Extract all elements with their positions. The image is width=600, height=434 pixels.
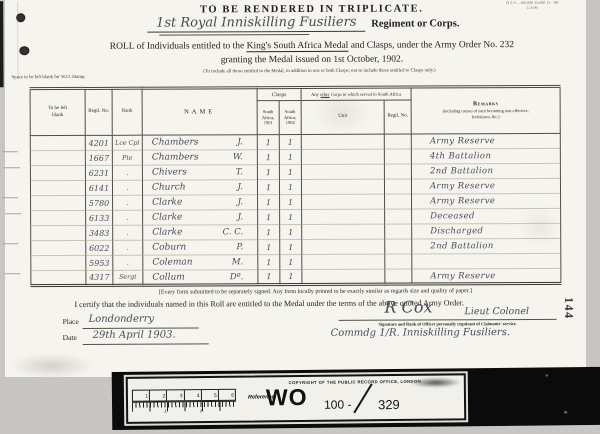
place-label: Place (63, 317, 79, 326)
cell-clasp-1901: 1 (257, 180, 279, 195)
cell-clasp-1901: 1 (258, 225, 280, 240)
roll-heading: ROLL of Individuals entitled to the King… (59, 40, 564, 52)
cell-name: ClarkeJ. (143, 195, 258, 211)
cell-name: ColemanM. (143, 255, 258, 271)
cell-clasp-1902: 1 (279, 134, 301, 149)
col-header-other-corps: Any other Corps in which served in South… (301, 87, 411, 100)
cell-clasp-1902: 1 (279, 149, 301, 164)
reference-series-number: 100 - (324, 397, 352, 411)
cell-regtl-no: 5780 (86, 195, 113, 210)
cell-unit (302, 209, 385, 224)
cell-name: ClarkeC. C. (143, 225, 258, 241)
table-row: 4317SergtCollumDº.11Army Reserve (31, 268, 561, 285)
cell-remarks: Army Reserve (411, 133, 560, 149)
cell-remarks: Army Reserve (412, 193, 561, 209)
cell-unit-no (385, 194, 412, 209)
form-title: TO BE RENDERED IN TRIPLICATE. (119, 3, 504, 16)
speck (546, 374, 548, 376)
cell-remarks: 2nd Battalion (411, 163, 560, 179)
cell-blank (31, 225, 86, 240)
cell-unit (301, 164, 384, 179)
cell-unit-no (384, 164, 411, 179)
cell-remarks: Deceased (412, 208, 561, 224)
col-header-clasps: Clasps (257, 87, 301, 100)
cell-clasp-1902: 1 (280, 194, 302, 209)
cell-rank: . (113, 195, 143, 210)
speck (564, 411, 567, 413)
cell-blank (30, 180, 85, 195)
reference-series-code: WO (266, 384, 308, 411)
col-header-regtl-no: Regtl. No. (85, 88, 112, 135)
regiment-underline (159, 34, 309, 36)
margin-mark (2, 151, 18, 152)
cell-regtl-no: 1667 (85, 150, 112, 165)
smudge (410, 377, 462, 388)
cell-regtl-no: 6133 (86, 210, 113, 225)
cell-remarks: Discharged (412, 223, 561, 239)
cell-rank: . (113, 210, 143, 225)
cell-unit (302, 239, 385, 254)
ruler-scale: 123456 (132, 389, 236, 402)
margin-mark (4, 167, 20, 168)
place-value: Londonderry (89, 314, 155, 325)
reference-piece-number: 329 (378, 397, 400, 412)
date-value: 29th April 1903. (93, 330, 176, 341)
cell-remarks (412, 253, 561, 269)
cell-clasp-1901: 1 (257, 150, 279, 165)
cell-unit (302, 254, 385, 269)
cell-clasp-1901: 1 (257, 165, 279, 180)
cell-unit (302, 194, 385, 209)
ruler-ticks: 12 (132, 401, 236, 414)
margin-mark (5, 213, 21, 214)
date-underline (83, 343, 209, 345)
punch-hole (16, 13, 25, 22)
col-header-regtl-no2: Regtl. No. (384, 100, 411, 134)
cell-regtl-no: 4317 (86, 270, 113, 285)
roll-text-post: and Clasps, under the Army Order No. 232 (348, 40, 514, 51)
cell-clasp-1902: 1 (280, 239, 302, 254)
cell-blank (31, 270, 86, 285)
col-header-sa1901: South Africa, 1901 (257, 101, 279, 135)
cell-clasp-1902: 1 (280, 269, 302, 284)
cell-unit-no (385, 209, 412, 224)
cell-unit-no (385, 269, 412, 284)
cell-rank: . (112, 165, 142, 180)
col-header-remarks: Remarks(including causes of men becoming… (411, 86, 560, 134)
cell-remarks: Army Reserve (412, 268, 561, 284)
cell-regtl-no: 3483 (86, 225, 113, 240)
col-header-blank: To be left blank (30, 88, 85, 135)
cell-name: ClarkeJ. (143, 210, 258, 226)
cell-rank: . (113, 255, 143, 270)
cell-regtl-no: 6231 (85, 165, 112, 180)
folio-number: 144 (561, 288, 576, 328)
cell-unit-no (384, 134, 411, 149)
cell-name: ChambersW. (142, 150, 257, 166)
col-header-rank: Rank (112, 88, 142, 135)
signature-rank: Lieut Colonel (465, 306, 530, 317)
cell-rank: . (113, 240, 143, 255)
cell-unit (302, 224, 385, 239)
cell-clasp-1901: 1 (258, 210, 280, 225)
cell-unit (301, 179, 384, 194)
reference-box: 123456 12 COPYRIGHT OF THE PUBLIC RECORD… (126, 373, 466, 424)
cell-name: CollumDº. (143, 270, 258, 286)
cell-rank: Lce Cpl (112, 135, 142, 150)
cell-unit (302, 269, 385, 284)
cell-unit (301, 149, 384, 164)
cell-clasp-1902: 1 (280, 254, 302, 269)
cell-name: CoburnP. (143, 240, 258, 256)
cell-clasp-1902: 1 (280, 209, 302, 224)
cell-rank: Sergt (113, 270, 143, 285)
cell-unit-no (384, 149, 411, 164)
include-note: (To include all those entitled to the Me… (109, 68, 529, 75)
cell-unit-no (385, 239, 412, 254)
signature: R Cox (384, 297, 432, 316)
cell-rank: . (113, 225, 143, 240)
cell-remarks: 4th Battalion (411, 148, 560, 164)
margin-mark (4, 273, 20, 274)
cell-blank (31, 195, 86, 210)
punch-hole (19, 46, 29, 55)
cell-name: ChiversT. (142, 165, 257, 181)
wo-stamp-note: Space to be left blank for W.O. Stamp. (12, 75, 112, 80)
cell-rank: Pte (112, 150, 142, 165)
margin-mark (2, 197, 18, 198)
cell-clasp-1902: 1 (279, 179, 301, 194)
scan-edge-bar (0, 1, 4, 87)
roll-heading-line2: granting the Medal issued on 1st October… (59, 54, 564, 66)
cell-unit-no (385, 224, 412, 239)
reference-slash (353, 383, 372, 413)
cell-blank (31, 210, 86, 225)
roll-text-medal: King's South Africa Medal (247, 41, 349, 52)
cell-regtl-no: 6022 (86, 240, 113, 255)
cell-clasp-1902: 1 (279, 164, 301, 179)
commanding-line: Commdg 1/R. Inniskilling Fusiliers. (331, 327, 510, 339)
cell-regtl-no: 4201 (85, 135, 112, 150)
cell-name: ChambersJ. (142, 135, 257, 151)
cell-regtl-no: 5953 (86, 255, 113, 270)
cell-unit (301, 134, 384, 149)
cell-clasp-1901: 1 (258, 255, 280, 270)
pro-reference-strip: 123456 12 COPYRIGHT OF THE PUBLIC RECORD… (112, 367, 600, 430)
cell-clasp-1901: 1 (257, 135, 279, 150)
document-scan: H S V—100,000 15,000 11—99 1-3-99 TO BE … (0, 0, 600, 434)
document-content: H S V—100,000 15,000 11—99 1-3-99 TO BE … (0, 0, 600, 378)
margin-mark (2, 243, 18, 244)
col-header-unit: Unit (301, 100, 384, 134)
cell-regtl-no: 6141 (85, 180, 112, 195)
col-header-name: NAME (142, 88, 257, 136)
cell-blank (31, 255, 86, 270)
cell-remarks: 2nd Battalion (412, 238, 561, 254)
cell-remarks: Army Reserve (411, 178, 560, 194)
cell-rank: . (112, 180, 142, 195)
cell-unit-no (384, 179, 411, 194)
cell-blank (31, 240, 86, 255)
cell-blank (30, 165, 85, 180)
signature-caption: Signature and Rank of Officer personally… (339, 321, 557, 327)
cell-clasp-1901: 1 (258, 240, 280, 255)
date-label: Date (63, 333, 77, 342)
regiment-handwritten: 1st Royal Inniskilling Fusiliers (147, 15, 365, 33)
cell-clasp-1902: 1 (280, 224, 302, 239)
cell-clasp-1901: 1 (258, 270, 280, 285)
cell-name: ChurchJ. (142, 180, 257, 196)
roll-text-pre: ROLL of Individuals entitled to the (110, 41, 247, 52)
cell-blank (30, 150, 85, 165)
col-header-sa1902: South Africa, 1902 (279, 100, 301, 134)
cell-unit-no (385, 254, 412, 269)
regiment-label: Regiment or Corps. (371, 18, 459, 29)
form-note: [Every form submitted to be separately s… (65, 288, 565, 296)
cell-blank (30, 135, 85, 150)
cell-clasp-1901: 1 (258, 195, 280, 210)
medal-roll-table: To be left blank Regtl. No. Rank NAME Cl… (30, 85, 562, 287)
